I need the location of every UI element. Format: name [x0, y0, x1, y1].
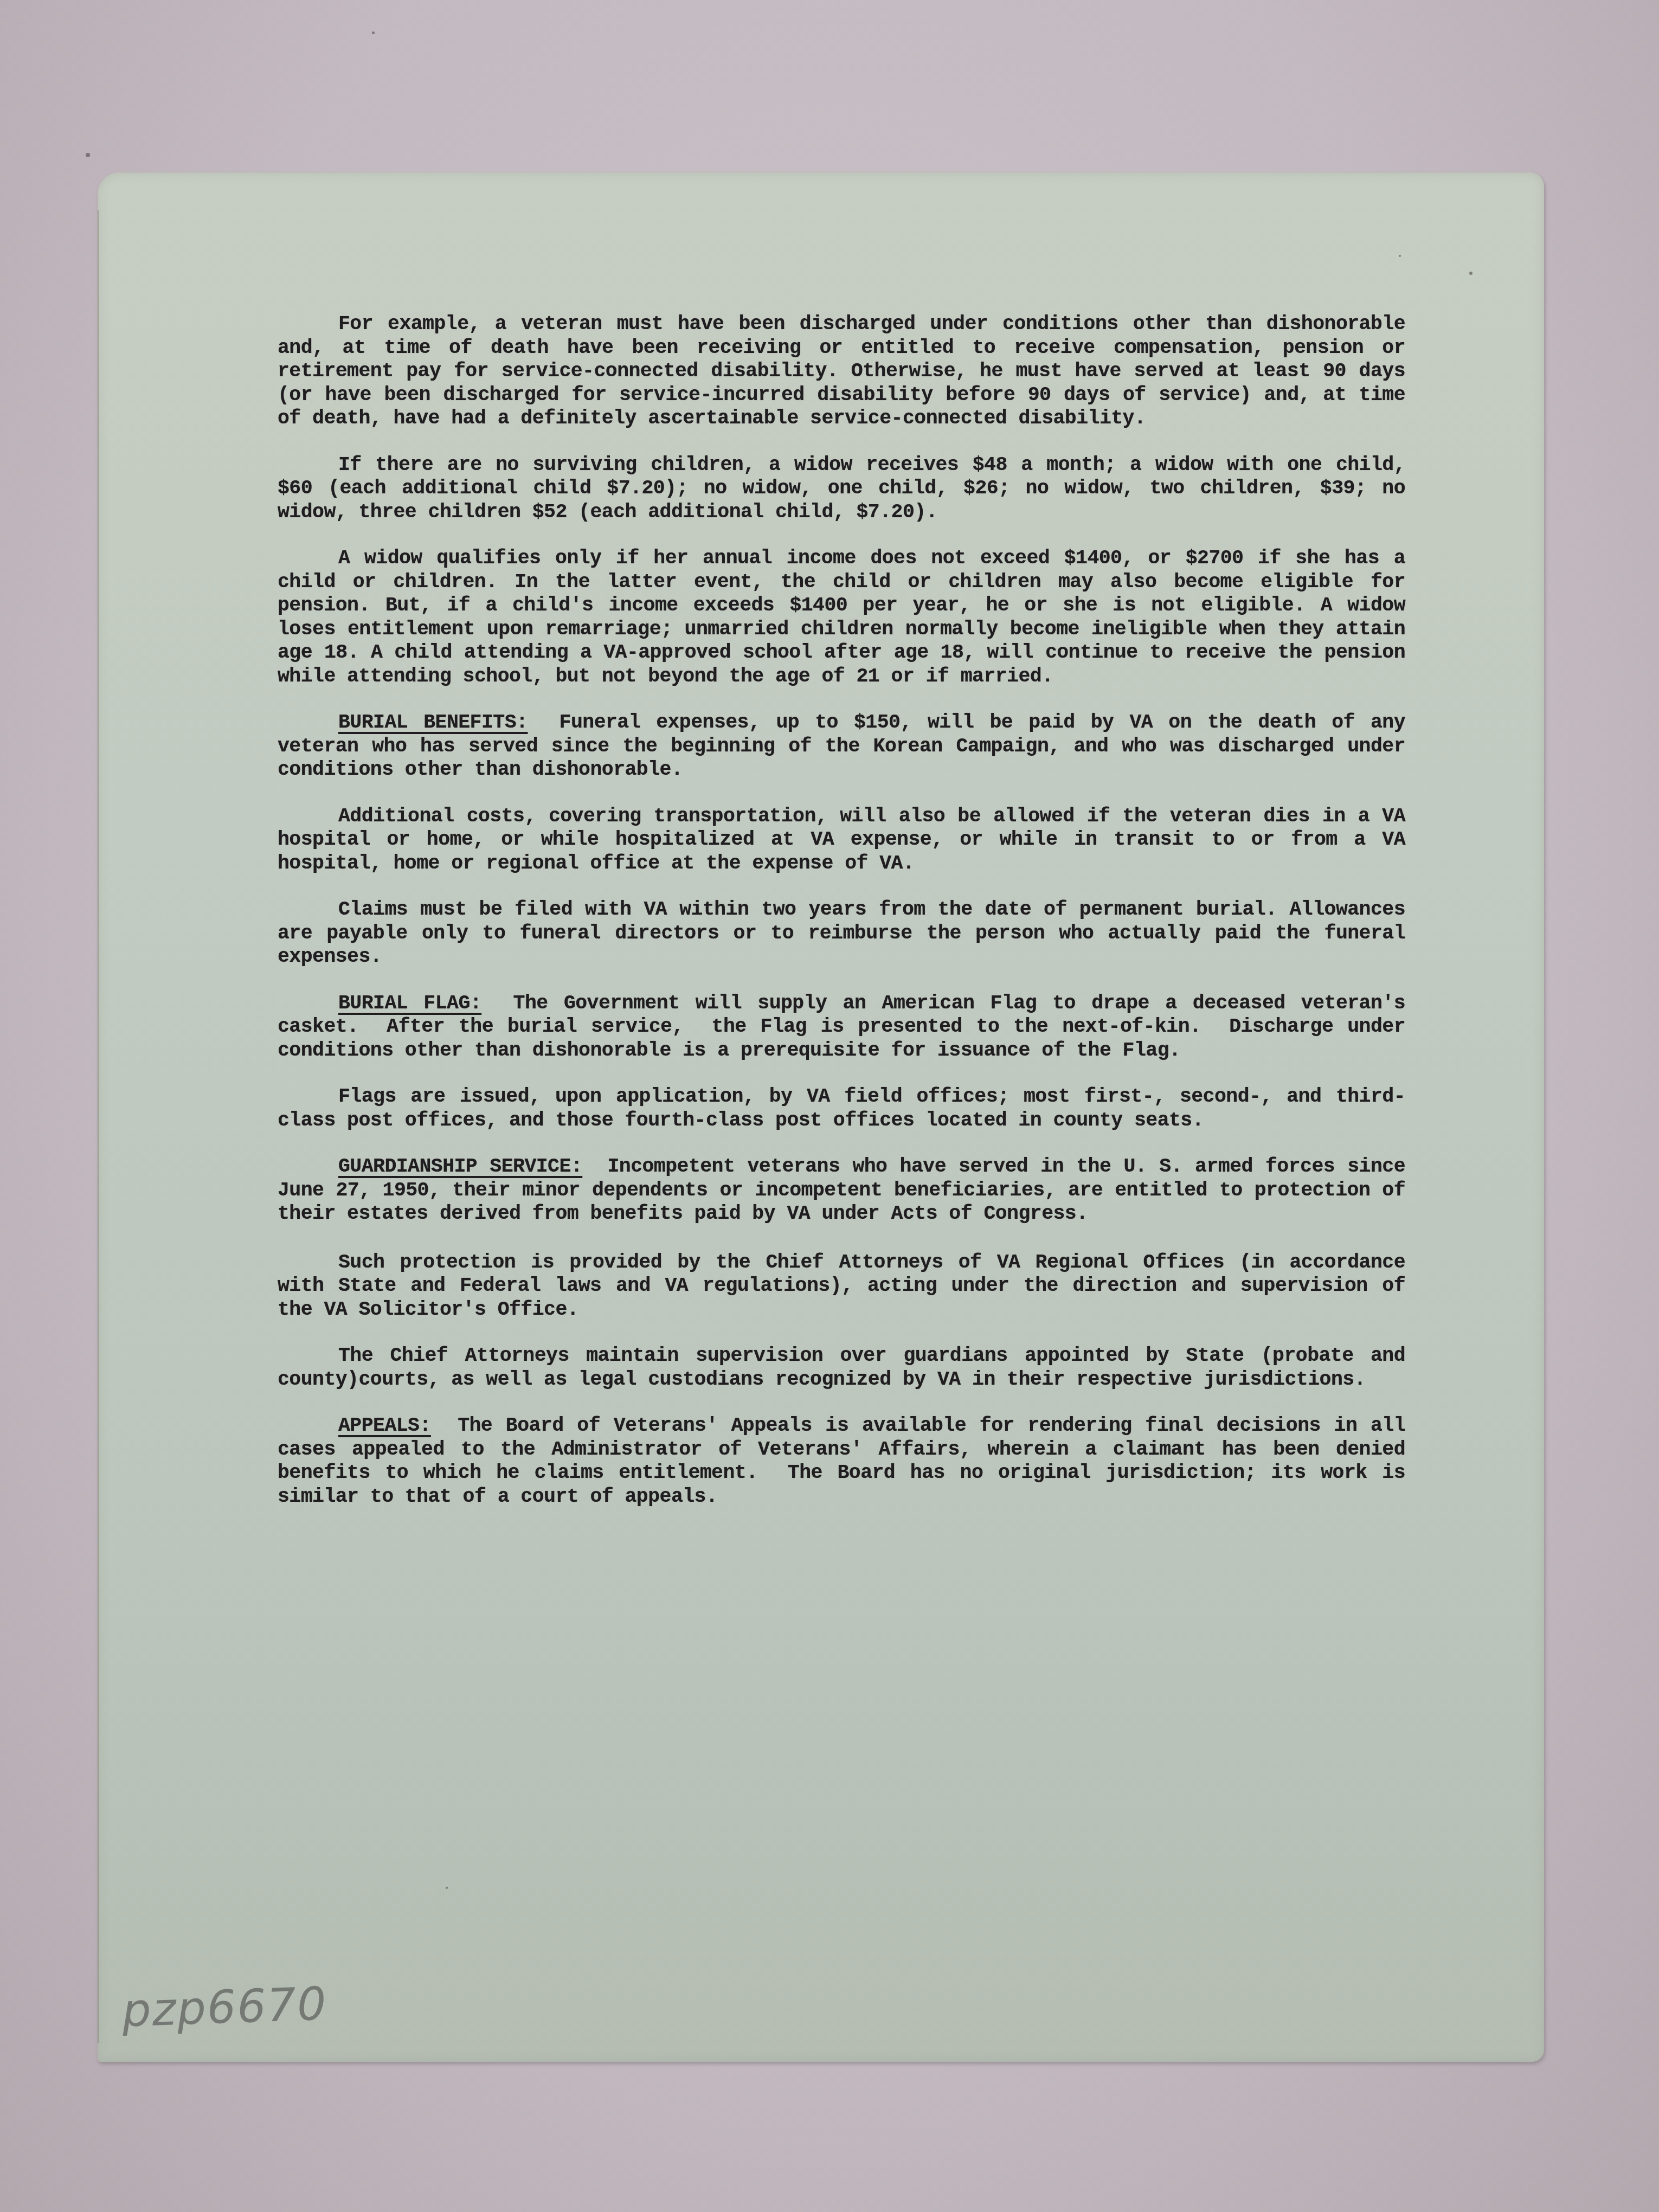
paragraph-flag-issuance: Flags are issued, upon application, by V…	[278, 1085, 1405, 1132]
background-speck	[372, 31, 375, 34]
paragraph-text: Additional costs, covering transportatio…	[278, 805, 1405, 874]
paragraph-income-limits: A widow qualifies only if her annual inc…	[278, 546, 1405, 688]
paragraph-chief-attorneys: The Chief Attorneys maintain supervision…	[278, 1344, 1405, 1391]
section-burial-benefits: BURIAL BENEFITS: Funeral expenses, up to…	[278, 711, 1405, 782]
paragraph-claims: Claims must be filed with VA within two …	[278, 898, 1405, 969]
paragraph-protection: Such protection is provided by the Chief…	[278, 1251, 1405, 1322]
background-speck	[86, 153, 90, 157]
handwritten-catalog-number: pzp6670	[121, 1977, 328, 2037]
paragraph-text: Claims must be filed with VA within two …	[278, 898, 1405, 968]
section-heading: APPEALS:	[338, 1414, 431, 1437]
section-guardianship-service: GUARDIANSHIP SERVICE: Incompetent vetera…	[278, 1155, 1405, 1226]
section-burial-flag: BURIAL FLAG: The Government will supply …	[278, 992, 1405, 1063]
section-heading: BURIAL BENEFITS:	[338, 711, 528, 734]
ink-speck	[1469, 272, 1472, 275]
paragraph-text: The Chief Attorneys maintain supervision…	[278, 1345, 1405, 1391]
paragraph-text: The Board of Veterans' Appeals is availa…	[278, 1414, 1417, 1508]
paragraph-text: Such protection is provided by the Chief…	[278, 1251, 1405, 1321]
section-appeals: APPEALS: The Board of Veterans' Appeals …	[278, 1414, 1405, 1508]
paragraph-eligibility: For example, a veteran must have been di…	[278, 312, 1405, 430]
paragraph-pension-rates: If there are no surviving children, a wi…	[278, 453, 1405, 524]
paragraph-additional-costs: Additional costs, covering transportatio…	[278, 805, 1405, 876]
paragraph-text: Flags are issued, upon application, by V…	[278, 1085, 1405, 1131]
paragraph-text: For example, a veteran must have been di…	[278, 313, 1405, 429]
typed-body-text: For example, a veteran must have been di…	[278, 312, 1405, 1531]
ink-speck	[1399, 255, 1401, 257]
section-heading: BURIAL FLAG:	[338, 992, 481, 1014]
document-page: For example, a veteran must have been di…	[98, 172, 1544, 2062]
ink-speck	[446, 1887, 448, 1889]
paragraph-text: If there are no surviving children, a wi…	[278, 454, 1405, 523]
paragraph-text: A widow qualifies only if her annual inc…	[278, 547, 1405, 687]
section-heading: GUARDIANSHIP SERVICE:	[338, 1155, 582, 1178]
